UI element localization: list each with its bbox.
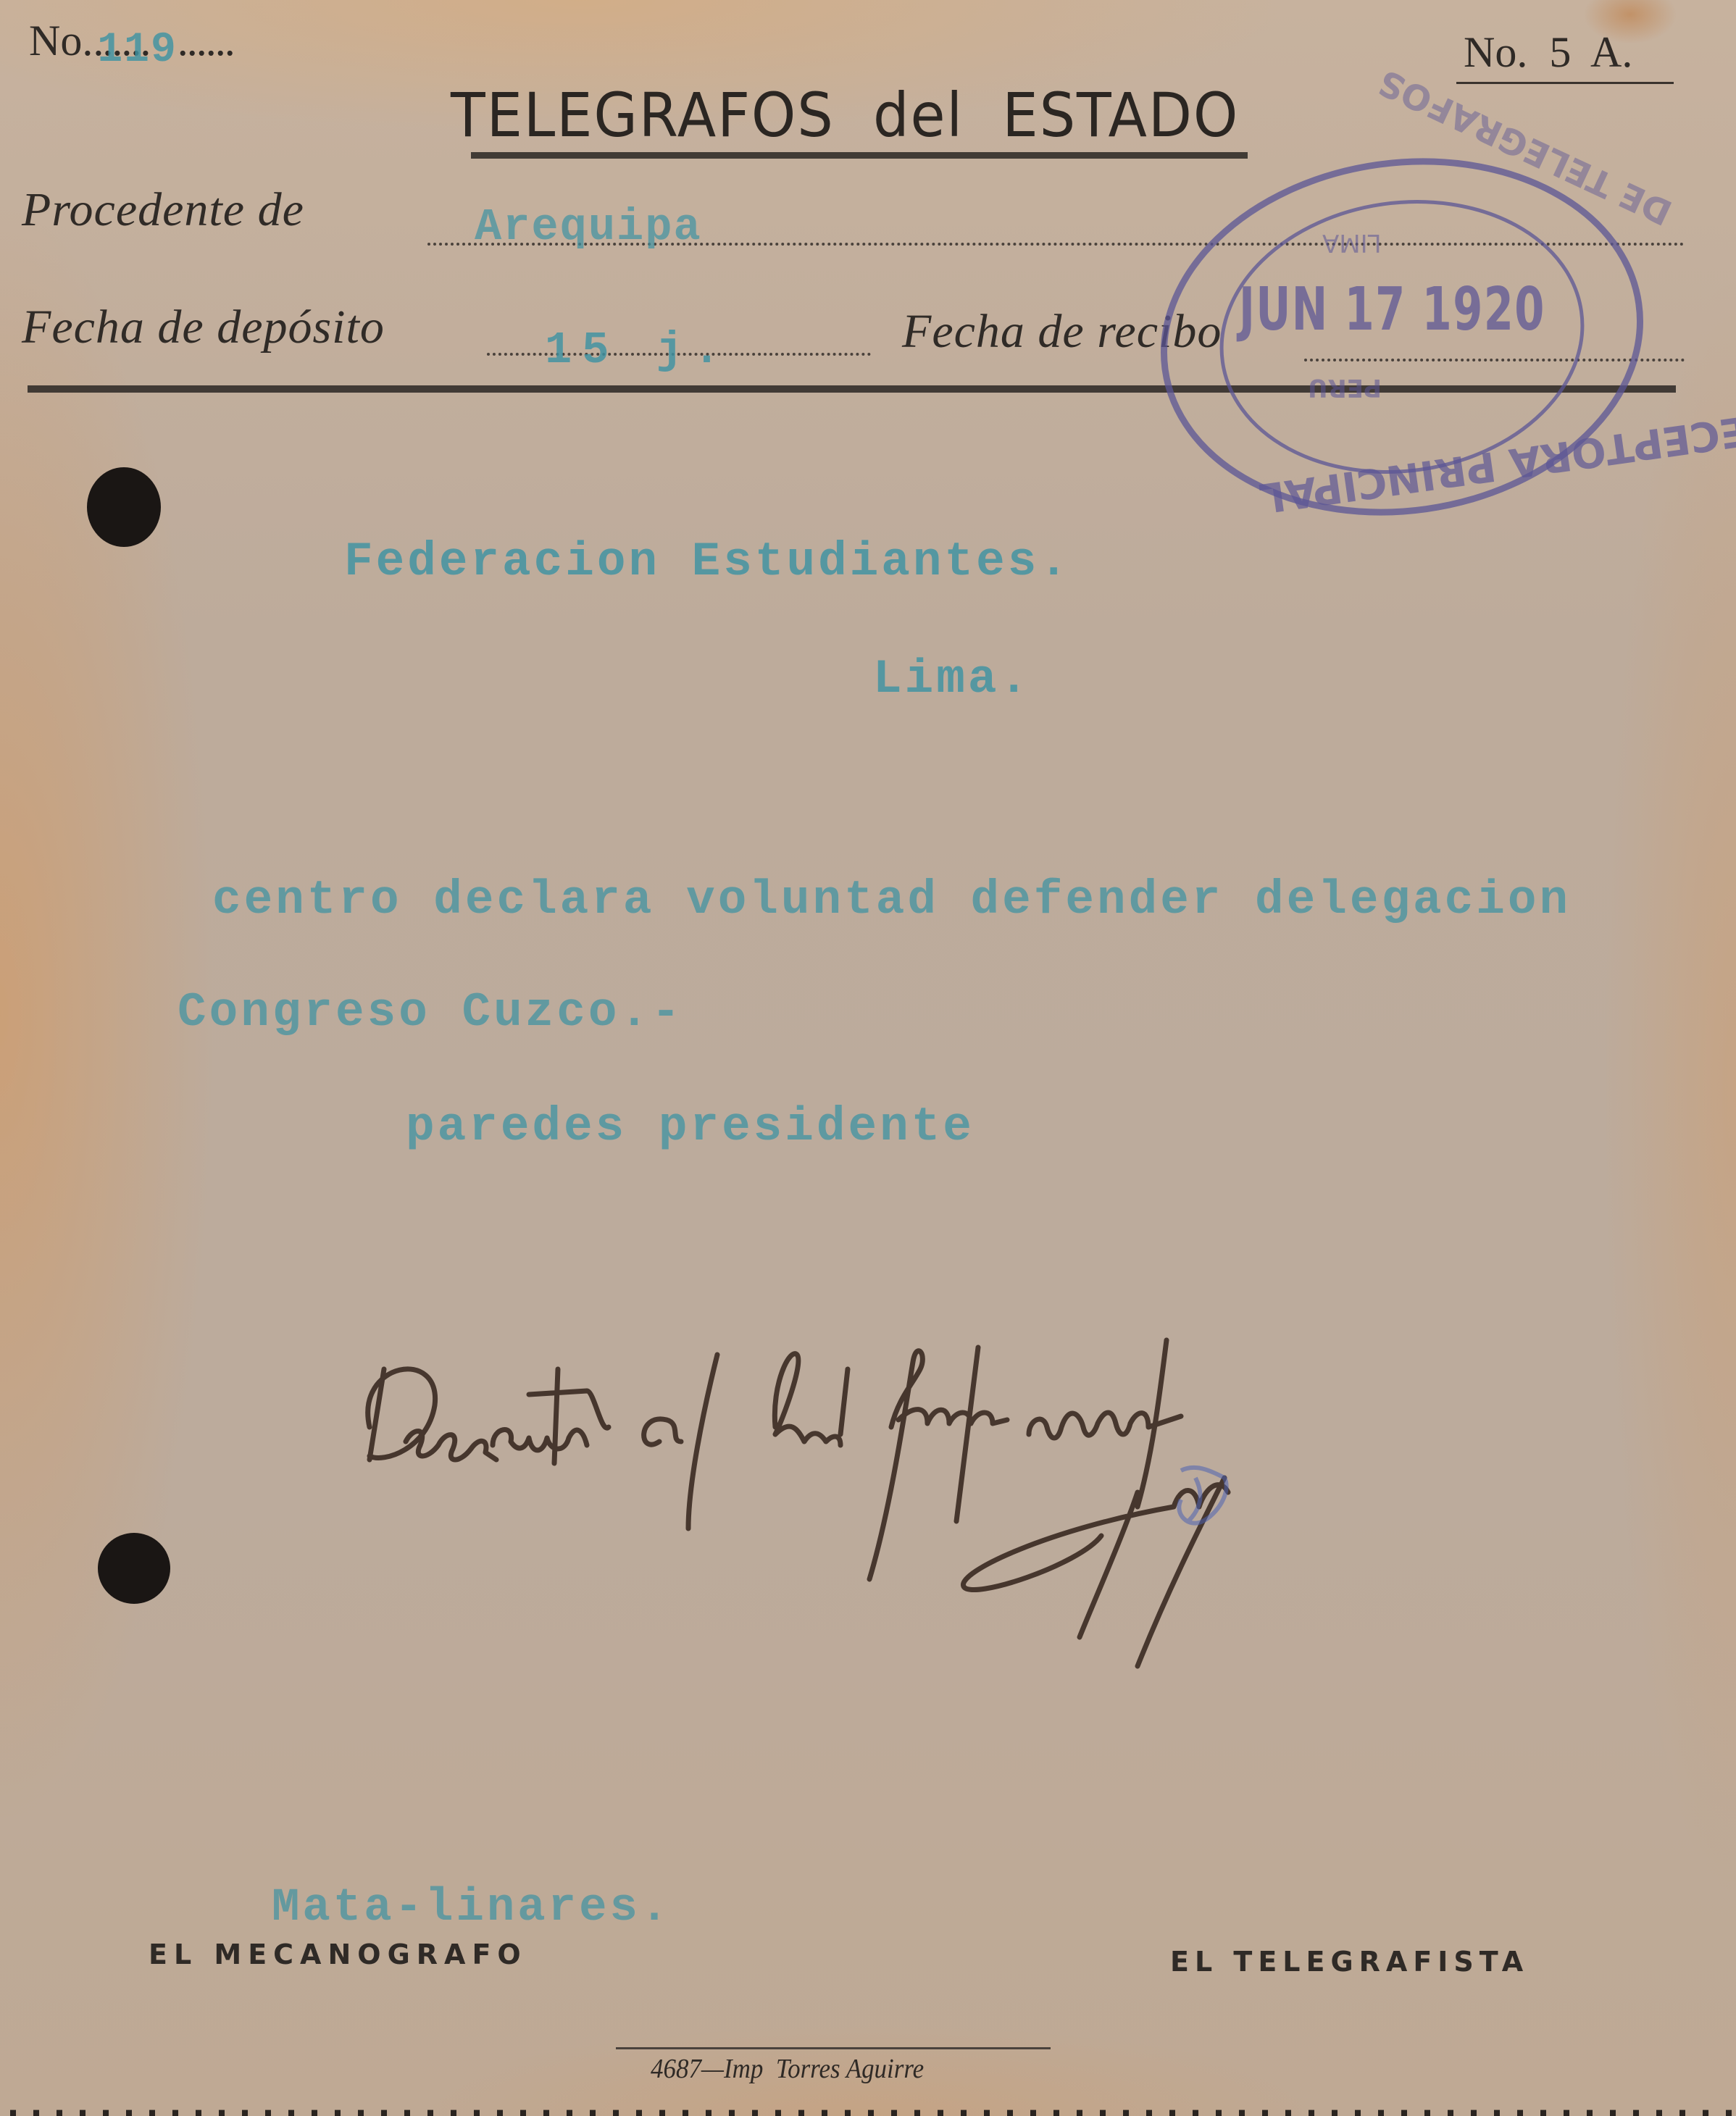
typist-name: Mata-linares.	[272, 1882, 671, 1934]
title-underline	[471, 152, 1248, 159]
serial-value: 119	[97, 27, 177, 74]
form-code-underline	[1456, 82, 1674, 84]
message-line-1: centro declara voluntad defender delegac…	[212, 873, 1571, 927]
printer-imprint: 4687—Imp Torres Aguirre	[651, 2053, 924, 2085]
stamp-city: LIMA	[1322, 228, 1382, 257]
stamp-country: PERU	[1308, 373, 1382, 402]
addressee: Federacion Estudiantes.	[344, 535, 1071, 589]
message-sender: paredes presidente	[406, 1100, 975, 1154]
deposit-date-value: 15 j.	[545, 325, 730, 376]
received-stamp: JUN 17 1920 LIMA PERU RECEPTORA PRINCIPA…	[1148, 98, 1656, 532]
handwriting-scribble-icon	[341, 1318, 1732, 1681]
page-title: TELEGRAFOS del ESTADO	[451, 80, 1239, 151]
origin-value: Arequipa	[475, 201, 702, 253]
serial-label: No.	[29, 17, 93, 64]
handwritten-note: Dese cuenta al Comité federal dirigente	[341, 1318, 1732, 1681]
serial-dots-after: ......	[178, 17, 234, 64]
deposit-date-label: Fecha de depósito	[22, 300, 385, 355]
addressee-city: Lima.	[873, 652, 1031, 706]
typist-label: EL MECANOGRAFO	[149, 1939, 527, 1970]
form-code: No. 5 A.	[1464, 28, 1632, 78]
imprint-rule	[616, 2047, 1051, 2049]
origin-label: Procedente de	[22, 183, 304, 238]
punch-hole-bottom	[98, 1533, 170, 1604]
serial-number: No.......119......	[29, 16, 234, 68]
telegraphist-label: EL TELEGRAFISTA	[1170, 1946, 1529, 1978]
stamp-date: JUN 17 1920	[1239, 275, 1545, 344]
message-line-2: Congreso Cuzco.-	[178, 985, 683, 1040]
punch-hole-top	[87, 467, 161, 547]
